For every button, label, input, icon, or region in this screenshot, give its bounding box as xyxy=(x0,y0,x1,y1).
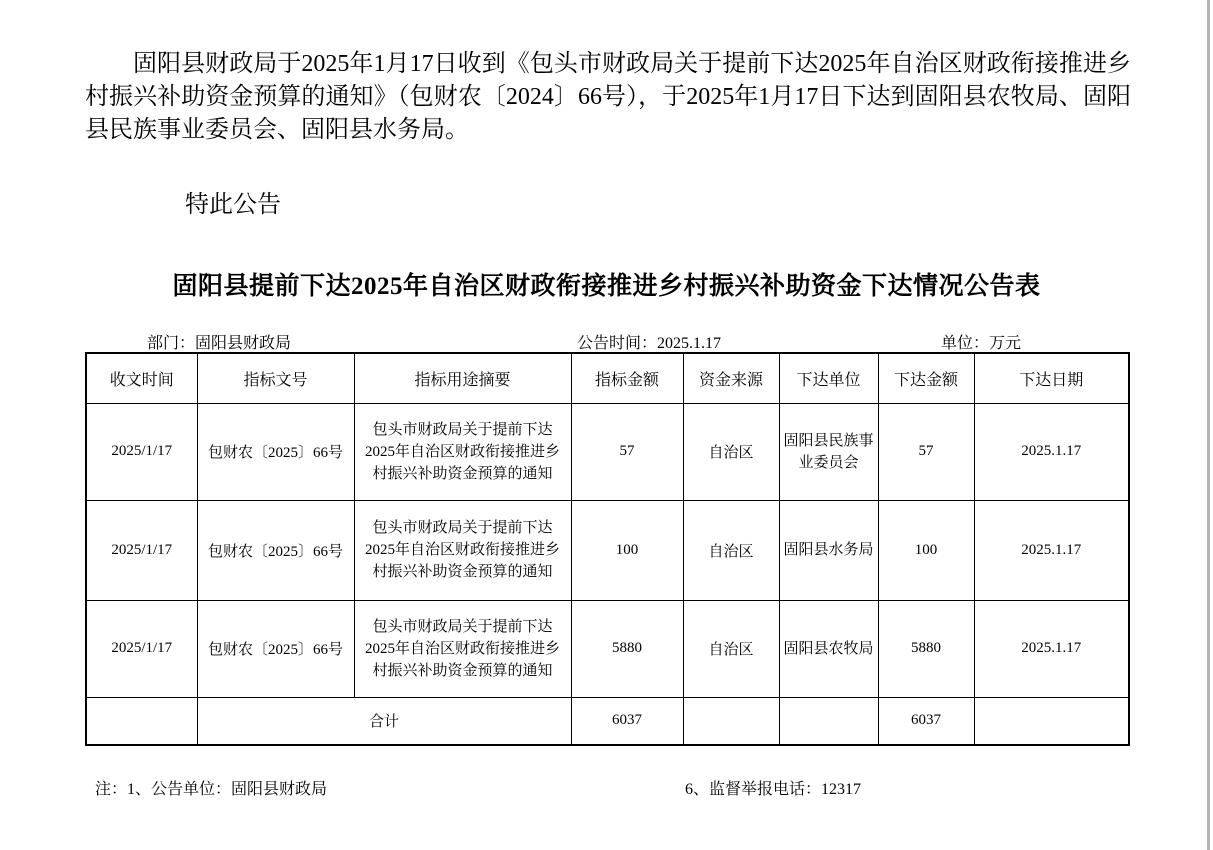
table-row: 2025/1/17 包财农〔2025〕66号 包头市财政局关于提前下达2025年… xyxy=(86,600,1129,697)
cell-receive-date: 2025/1/17 xyxy=(86,600,197,697)
cell-index-amount: 5880 xyxy=(571,600,683,697)
total-empty-fund-source xyxy=(683,697,779,745)
right-window-border xyxy=(1207,0,1210,850)
header-receive-date: 收文时间 xyxy=(86,353,197,403)
cell-doc-number: 包财农〔2025〕66号 xyxy=(197,600,354,697)
table-meta-row: 部门：固阳县财政局 公告时间：2025.1.17 单位：万元 xyxy=(85,330,1130,352)
meta-unit: 单位：万元 xyxy=(941,330,1021,353)
header-purpose-summary: 指标用途摘要 xyxy=(354,353,571,403)
table-total-row: 合计 6037 6037 xyxy=(86,697,1129,745)
table-row: 2025/1/17 包财农〔2025〕66号 包头市财政局关于提前下达2025年… xyxy=(86,403,1129,500)
cell-issued-amount: 100 xyxy=(878,500,974,600)
footer-notes: 注：1、公告单位：固阳县财政局 6、监督举报电话：12317 xyxy=(0,776,1213,800)
cell-fund-source: 自治区 xyxy=(683,600,779,697)
note-announcing-unit: 注：1、公告单位：固阳县财政局 xyxy=(95,776,327,799)
cell-issued-date: 2025.1.17 xyxy=(974,403,1129,500)
table-title: 固阳县提前下达2025年自治区财政衔接推进乡村振兴补助资金下达情况公告表 xyxy=(0,266,1213,302)
cell-receive-date: 2025/1/17 xyxy=(86,500,197,600)
header-issued-to: 下达单位 xyxy=(779,353,878,403)
meta-department: 部门：固阳县财政局 xyxy=(147,330,291,353)
header-index-amount: 指标金额 xyxy=(571,353,683,403)
header-issued-amount: 下达金额 xyxy=(878,353,974,403)
total-label: 合计 xyxy=(197,697,571,745)
table-row: 2025/1/17 包财农〔2025〕66号 包头市财政局关于提前下达2025年… xyxy=(86,500,1129,600)
cell-purpose-summary: 包头市财政局关于提前下达2025年自治区财政衔接推进乡村振兴补助资金预算的通知 xyxy=(354,600,571,697)
announcement-paragraph: 固阳县财政局于2025年1月17日收到《包头市财政局关于提前下达2025年自治区… xyxy=(85,48,1131,147)
cell-issued-date: 2025.1.17 xyxy=(974,600,1129,697)
cell-receive-date: 2025/1/17 xyxy=(86,403,197,500)
header-issued-date: 下达日期 xyxy=(974,353,1129,403)
total-issued-amount: 6037 xyxy=(878,697,974,745)
total-index-amount: 6037 xyxy=(571,697,683,745)
cell-doc-number: 包财农〔2025〕66号 xyxy=(197,500,354,600)
cell-issued-to: 固阳县农牧局 xyxy=(779,600,878,697)
cell-doc-number: 包财农〔2025〕66号 xyxy=(197,403,354,500)
note-report-hotline: 6、监督举报电话：12317 xyxy=(685,776,861,799)
cell-issued-amount: 5880 xyxy=(878,600,974,697)
total-empty-issued-to xyxy=(779,697,878,745)
cell-index-amount: 57 xyxy=(571,403,683,500)
cell-purpose-summary: 包头市财政局关于提前下达2025年自治区财政衔接推进乡村振兴补助资金预算的通知 xyxy=(354,403,571,500)
document-page: 固阳县财政局于2025年1月17日收到《包头市财政局关于提前下达2025年自治区… xyxy=(0,0,1213,850)
meta-announce-time: 公告时间：2025.1.17 xyxy=(577,330,721,353)
cell-index-amount: 100 xyxy=(571,500,683,600)
total-empty-issued-date xyxy=(974,697,1129,745)
total-empty-receive-date xyxy=(86,697,197,745)
cell-fund-source: 自治区 xyxy=(683,500,779,600)
header-fund-source: 资金来源 xyxy=(683,353,779,403)
cell-fund-source: 自治区 xyxy=(683,403,779,500)
cell-issued-amount: 57 xyxy=(878,403,974,500)
cell-purpose-summary: 包头市财政局关于提前下达2025年自治区财政衔接推进乡村振兴补助资金预算的通知 xyxy=(354,500,571,600)
cell-issued-to: 固阳县水务局 xyxy=(779,500,878,600)
header-doc-number: 指标文号 xyxy=(197,353,354,403)
cell-issued-to: 固阳县民族事业委员会 xyxy=(779,403,878,500)
announcement-closing: 特此公告 xyxy=(185,184,281,219)
cell-issued-date: 2025.1.17 xyxy=(974,500,1129,600)
fund-allocation-table: 收文时间 指标文号 指标用途摘要 指标金额 资金来源 下达单位 下达金额 下达日… xyxy=(85,352,1130,746)
table-header-row: 收文时间 指标文号 指标用途摘要 指标金额 资金来源 下达单位 下达金额 下达日… xyxy=(86,353,1129,403)
